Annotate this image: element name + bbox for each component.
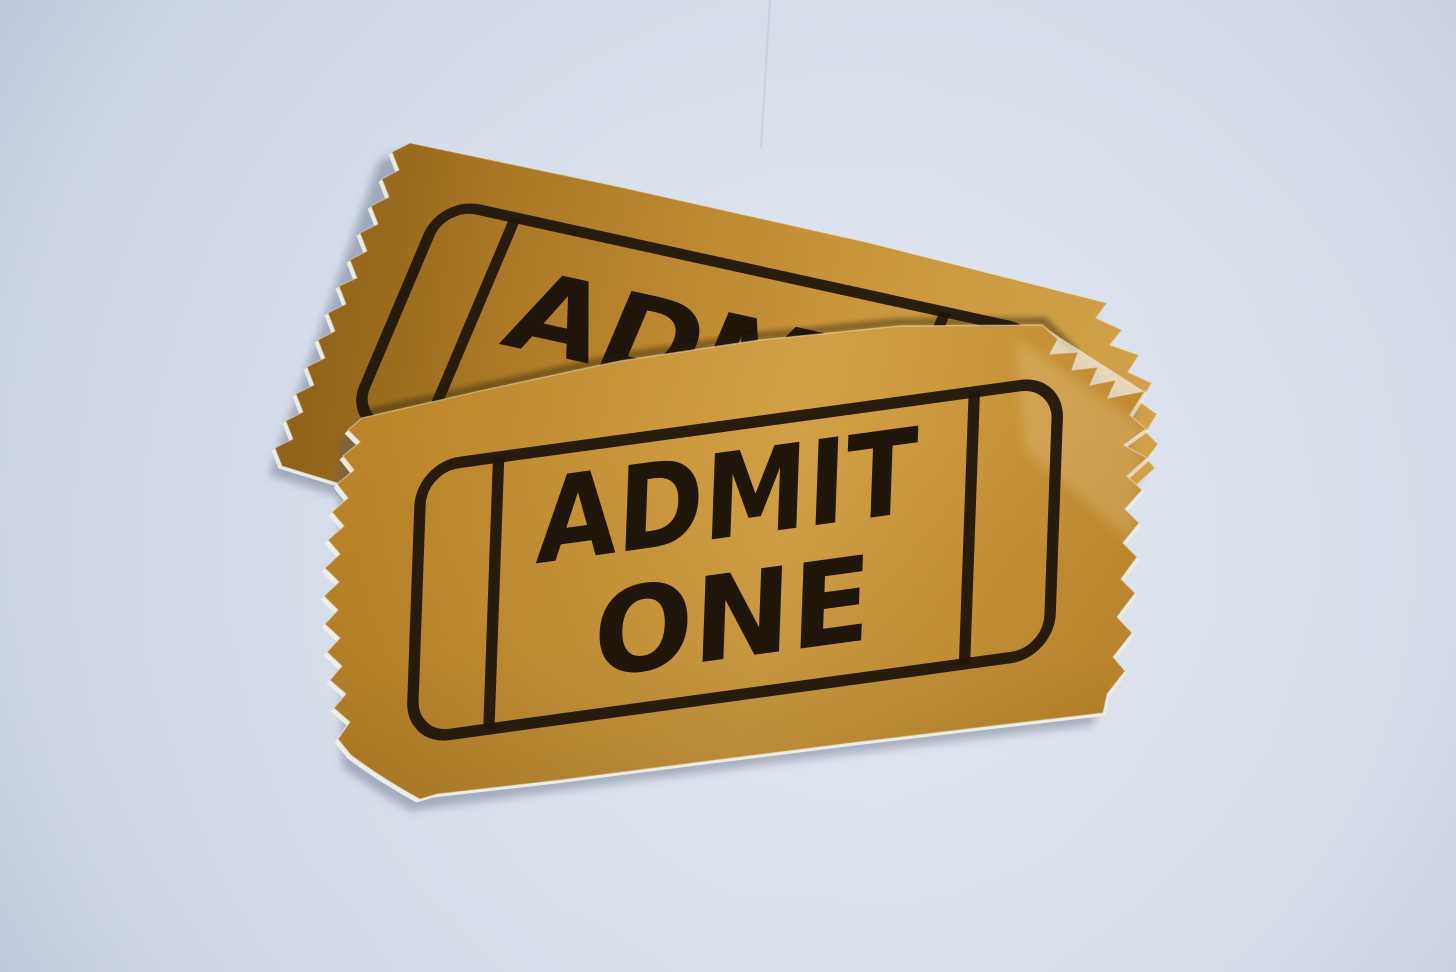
photo-canvas: ADMIT ONE ADMIT ONE xyxy=(0,0,1456,972)
photo-vignette xyxy=(0,0,1456,972)
photo-of-two-admit-one-tickets: ADMIT ONE ADMIT ONE xyxy=(0,0,1456,972)
